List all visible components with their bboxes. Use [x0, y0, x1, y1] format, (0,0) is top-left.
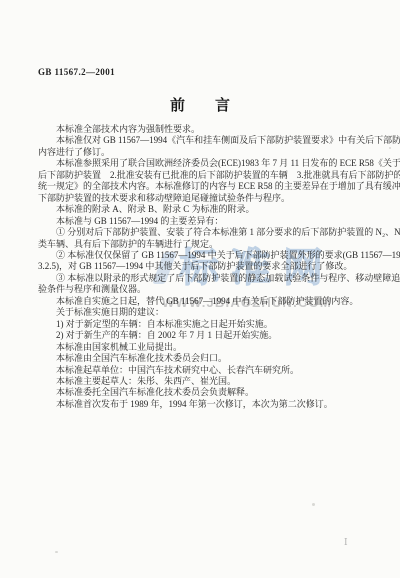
text-line: 本标准自实施之日起，替代 GB 11567—1994 中有关后下部防护装置的内容…: [38, 296, 392, 307]
foreword-body: 本标准全部技术内容为强制性要求。本标准仅对 GB 11567—1994《汽车和挂…: [38, 124, 392, 410]
text-line: 1) 对于新定型的车辆：自本标准实施之日起开始实施。: [38, 319, 392, 330]
text-line: 本标准由国家机械工业局提出。: [38, 342, 392, 353]
page-title: 前 言: [0, 94, 400, 115]
text-line: 类车辆、具有后下部防护的车辆进行了规定。: [38, 239, 392, 250]
text-line: 本标准参照采用了联合国欧洲经济委员会(ECE)1983 年 7 月 11 日发布…: [38, 158, 392, 169]
text-line: 统一规定》的全部技术内容。本标准修订的内容与 ECE R58 的主要差异在于增加…: [38, 181, 392, 192]
text-line: 下部防护装置的技术要求和移动壁障追尾碰撞试验条件与程序。: [38, 193, 392, 204]
text-line: ① 分别对后下部防护装置、安装了符合本标准第 1 部分要求的后下部防护装置的 N…: [38, 227, 392, 238]
text-line: 本标准的附录 A、附录 B、附录 C 为标准的附录。: [38, 204, 392, 215]
text-line: 本标准主要起草人：朱彤、朱西产、崔光国。: [38, 376, 392, 387]
text-line: 3.2.5)，对 GB 11567—1994 中其他关于后下部防护装置的要求全部…: [38, 261, 392, 272]
text-line: 本标准全部技术内容为强制性要求。: [38, 124, 392, 135]
text-line: 关于标准实施日期的建议：: [38, 307, 392, 318]
text-line: 内容进行了修订。: [38, 147, 392, 158]
scan-speck: [312, 503, 315, 506]
text-line: 本标准首次发布于 1989 年，1994 年第一次修订，本次为第二次修订。: [38, 399, 392, 410]
text-line: 2) 对于新生产的车辆：自 2002 年 7 月 1 日起开始实施。: [38, 330, 392, 341]
text-line: 验条件与程序和测量仪器。: [38, 284, 392, 295]
standard-number: GB 11567.2—2001: [38, 67, 115, 77]
text-line: ③ 本标准以附录的形式规定了后下部防护装置的静态加载试验条件与程序、移动壁障追尾…: [38, 273, 392, 284]
text-line: ② 本标准仅仅保留了 GB 11567—1994 中关于后下部防护装置外形的要求…: [38, 250, 392, 261]
text-line: 本标准委托全国汽车标准化技术委员会负责解释。: [38, 387, 392, 398]
scan-speck: [55, 551, 58, 553]
text-line: 后下部防护装置 2.批准安装有已批准的后下部防护装置的车辆 3.批准就具有后下部…: [38, 170, 392, 181]
document-page: GB 11567.2—2001 前 言 本标准全部技术内容为强制性要求。本标准仅…: [0, 0, 400, 578]
page-number: Ⅰ: [344, 537, 348, 548]
text-line: 本标准仅对 GB 11567—1994《汽车和挂车侧面及后下部防护装置要求》中有…: [38, 135, 392, 146]
text-line: 本标准由全国汽车标准化技术委员会归口。: [38, 353, 392, 364]
text-line: 本标准与 GB 11567—1994 的主要差异有：: [38, 216, 392, 227]
text-line: 本标准起草单位：中国汽车技术研究中心、长春汽车研究所。: [38, 365, 392, 376]
